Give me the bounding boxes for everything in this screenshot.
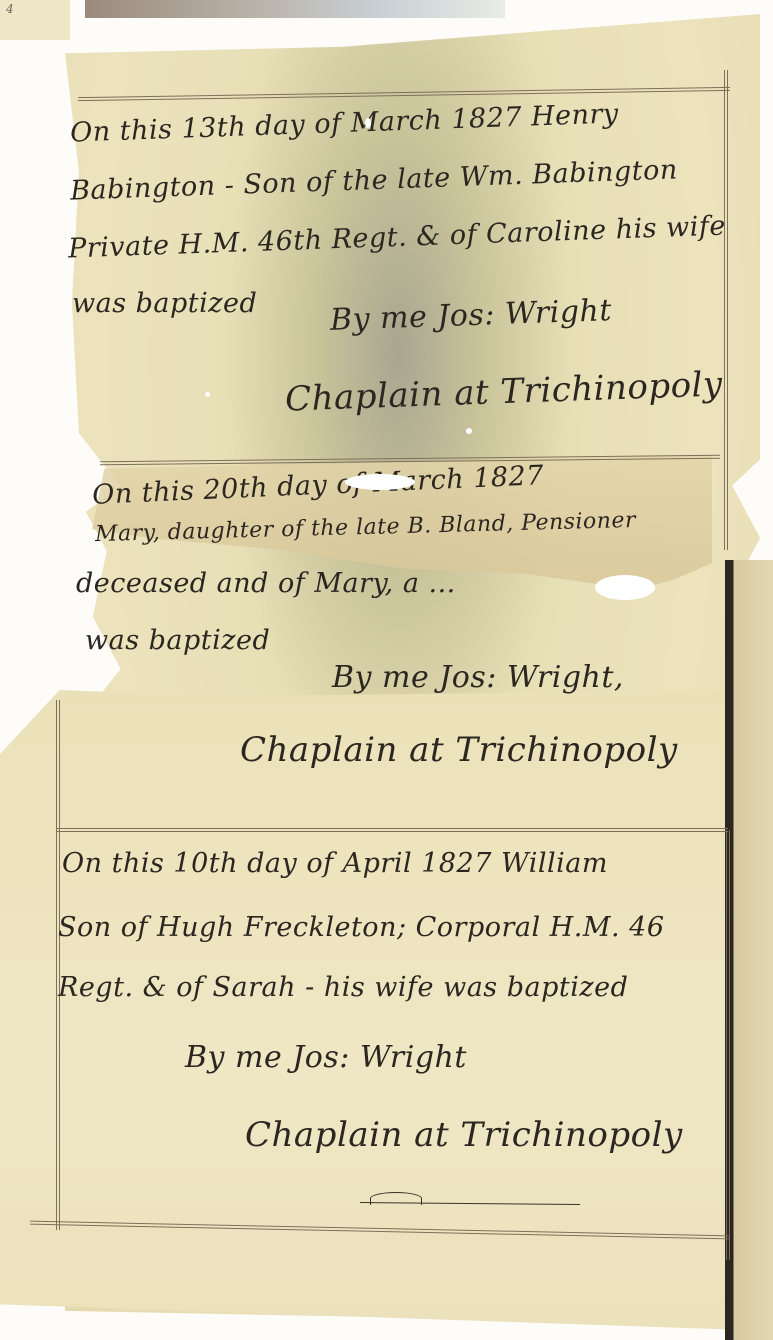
entry-line: was baptized: [85, 625, 270, 656]
book-binding: [725, 560, 773, 1340]
corner-mark: 4: [6, 2, 14, 16]
document-photo: 4 On this 13th day of March 1827 Henry B…: [0, 0, 773, 1340]
entry-line: Regt. & of Sarah - his wife was baptized: [58, 972, 628, 1003]
paper-hole: [466, 428, 472, 434]
rule-right-upper: [724, 70, 728, 550]
chaplain-title: Chaplain at Trichinopoly: [240, 730, 678, 770]
paper-hole: [345, 474, 415, 490]
rule-entry-3: [56, 828, 728, 832]
rule-left-lower: [56, 700, 60, 1230]
entry-line: Son of Hugh Freckleton; Corporal H.M. 46: [58, 912, 665, 943]
corner-paper-scrap: 4: [0, 0, 70, 40]
background-strip: [85, 0, 505, 18]
signature: By me Jos: Wright: [185, 1040, 467, 1075]
rule-right-lower: [726, 830, 730, 1260]
paper-hole: [205, 392, 210, 397]
paper-hole: [365, 118, 371, 128]
entry-line: was baptized: [72, 288, 257, 319]
entry-line: On this 10th day of April 1827 William: [62, 848, 608, 879]
chaplain-title: Chaplain at Trichinopoly: [245, 1115, 683, 1155]
paper-tear: [595, 575, 655, 600]
entry-line: deceased and of Mary, a ...: [76, 568, 456, 599]
signature: By me Jos: Wright,: [332, 660, 624, 695]
